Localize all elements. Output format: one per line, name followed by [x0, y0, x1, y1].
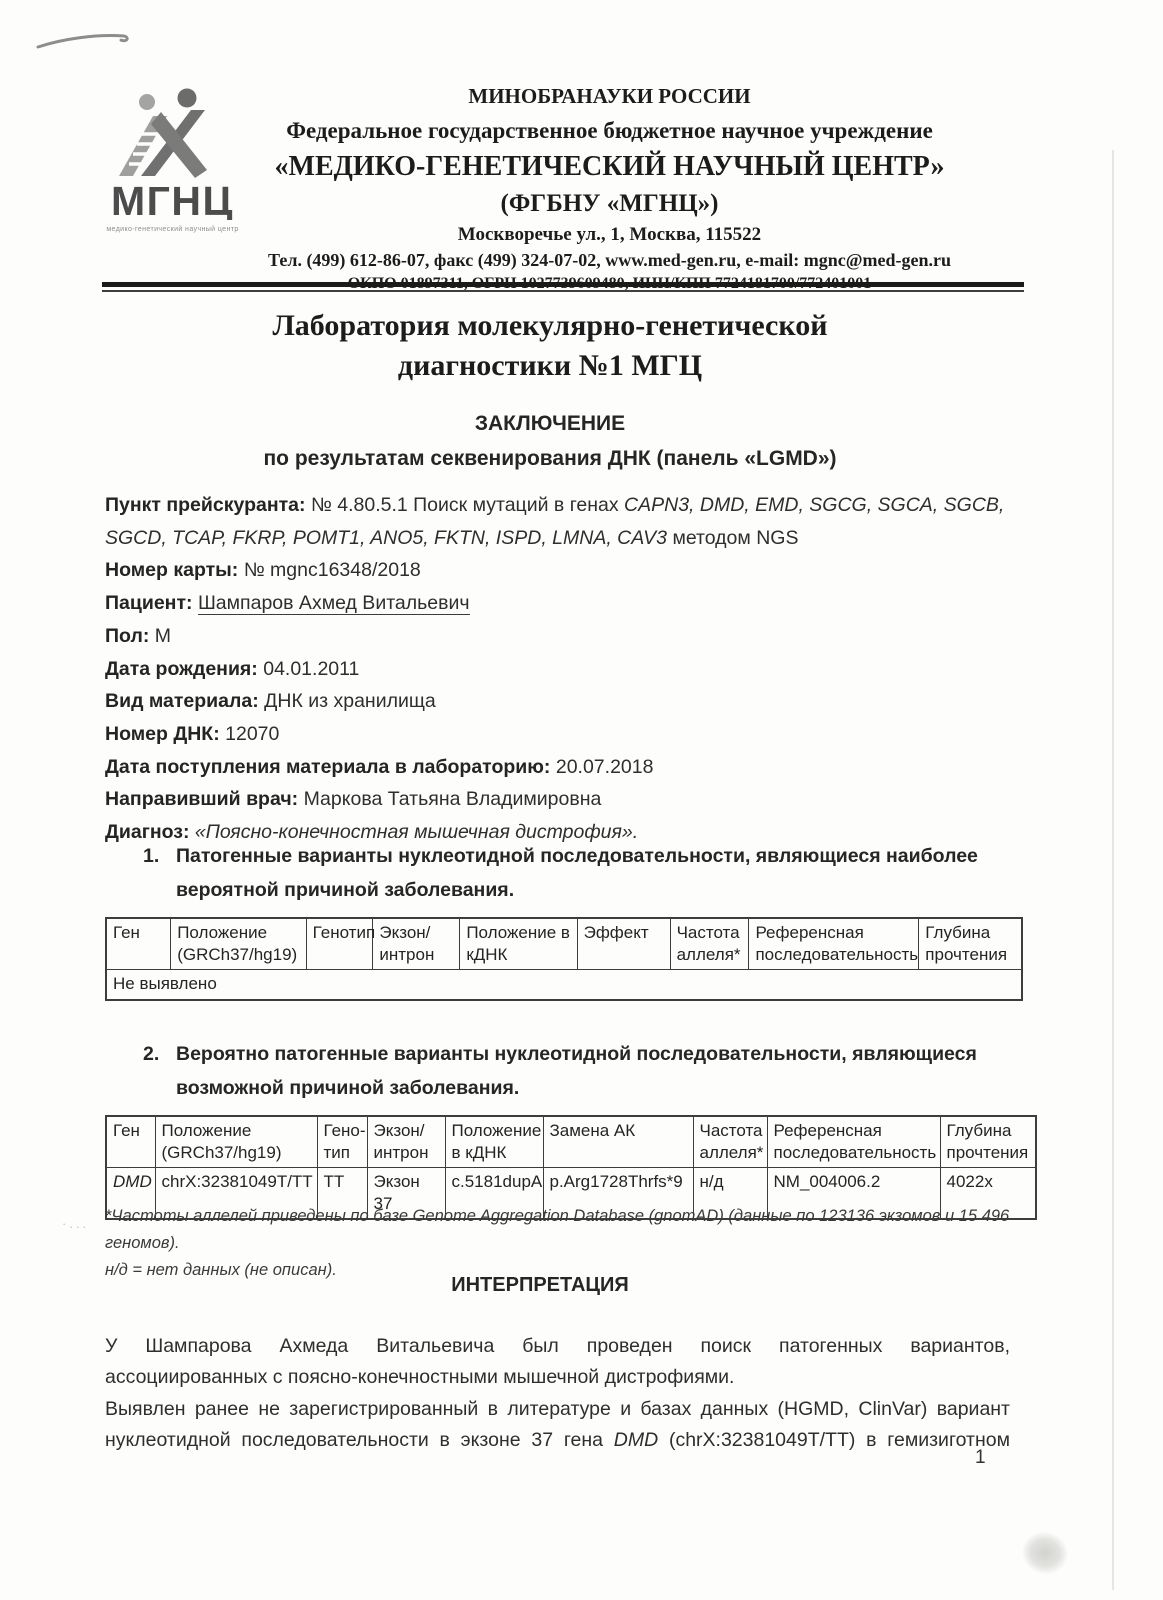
birth-date-row: Дата рождения: 04.01.2011: [105, 653, 1010, 686]
section2-heading-line1: Вероятно патогенные варианты нуклеотидно…: [176, 1038, 1043, 1072]
section1-heading-line1: Патогенные варианты нуклеотидной последо…: [176, 840, 1043, 874]
material-type-row: Вид материала: ДНК из хранилища: [105, 685, 1010, 718]
table2-col-position: Положение (GRCh37/hg19): [155, 1116, 317, 1168]
patient-row: Пациент: Шампаров Ахмед Витальевич: [105, 587, 1010, 620]
org-type-line: Федеральное государственное бюджетное на…: [56, 118, 1163, 144]
table2-col-gene: Ген: [106, 1116, 155, 1168]
table1-empty-cell: Не выявлено: [106, 970, 1022, 1000]
table1-header-row: Ген Положение (GRCh37/hg19) Генотип Экзо…: [106, 918, 1022, 970]
table1-col-genotype: Генотип: [306, 918, 373, 970]
price-item-line1: Пункт прейскуранта: № 4.80.5.1 Поиск мут…: [105, 489, 1010, 522]
received-date-row: Дата поступления материала в лабораторию…: [105, 751, 1010, 784]
price-item-line2: SGCD, TCAP, FKRP, POMT1, ANO5, FKTN, ISP…: [105, 522, 1010, 555]
scan-edge-line: [1112, 150, 1114, 1590]
pathogenic-variants-table: Ген Положение (GRCh37/hg19) Генотип Экзо…: [105, 917, 1023, 1001]
ministry-line: МИНОБРАНАУКИ РОССИИ: [56, 84, 1163, 109]
card-number-row: Номер карты: № mgnc16348/2018: [105, 554, 1010, 587]
table1-col-refseq: Референсная последовательность: [749, 918, 919, 970]
report-heading: ЗАКЛЮЧЕНИЕ по результатам секвенирования…: [105, 412, 995, 471]
patient-name: Шампаров Ахмед Витальевич: [198, 592, 470, 615]
letterhead: МИНОБРАНАУКИ РОССИИ Федеральное государс…: [0, 84, 1163, 293]
table1-col-gene: Ген: [106, 918, 171, 970]
table2-col-depth: Глубина прочтения: [940, 1116, 1036, 1168]
table1-col-freq: Частота аллеля*: [670, 918, 749, 970]
table1-col-position: Положение (GRCh37/hg19): [171, 918, 306, 970]
table2-col-refseq: Референсная последовательность: [767, 1116, 940, 1168]
table1-empty-row: Не выявлено: [106, 970, 1022, 1000]
interp-p1-line2: ассоциированных с поясно-конечностными м…: [105, 1362, 1010, 1393]
table2-col-aa-change: Замена АК: [543, 1116, 693, 1168]
interp-gene-name: DMD: [614, 1429, 658, 1451]
allele-frequency-footnote: *Частоты аллелей приведены по базе Genom…: [105, 1203, 1035, 1284]
table2-col-exon: Экзон/ интрон: [367, 1116, 445, 1168]
org-short-line: (ФГБНУ «МГНЦ»): [56, 190, 1163, 218]
table2-header-row: Ген Положение (GRCh37/hg19) Гено- тип Эк…: [106, 1116, 1036, 1168]
table2-col-genotype: Гено- тип: [317, 1116, 367, 1168]
interpretation-title: ИНТЕРПРЕТАЦИЯ: [105, 1274, 975, 1297]
lab-title-line1: Лаборатория молекулярно-генетической: [105, 306, 995, 346]
interp-p2-line2: нуклеотидной последовательности в экзоне…: [105, 1425, 1010, 1456]
table1-col-cdna: Положение в кДНК: [460, 918, 577, 970]
section2-heading-line2: возможной причиной заболевания.: [176, 1072, 1043, 1106]
report-title: ЗАКЛЮЧЕНИЕ: [105, 412, 995, 436]
dna-number-row: Номер ДНК: 12070: [105, 718, 1010, 751]
interp-p1-line1: У Шампарова Ахмеда Витальевича был прове…: [105, 1331, 1010, 1362]
interpretation-paragraph1: У Шампарова Ахмеда Витальевича был прове…: [105, 1331, 1010, 1393]
report-subtitle: по результатам секвенирования ДНК (панел…: [105, 447, 995, 471]
table2-col-cdna: Положение в кДНК: [445, 1116, 543, 1168]
page-number: 1: [975, 1447, 986, 1469]
smudge-artifact: [1018, 1527, 1073, 1579]
section2-number: 2.: [143, 1038, 159, 1072]
section2-heading: 2. Вероятно патогенные варианты нуклеоти…: [143, 1038, 1043, 1105]
header-rule-echo: [102, 290, 1024, 292]
org-name-line: «МЕДИКО-ГЕНЕТИЧЕСКИЙ НАУЧНЫЙ ЦЕНТР»: [56, 151, 1163, 183]
table1-col-depth: Глубина прочтения: [919, 918, 1022, 970]
sex-row: Пол: М: [105, 620, 1010, 653]
footnote-line1: *Частоты аллелей приведены по базе Genom…: [105, 1203, 1035, 1257]
contacts-line: Тел. (499) 612-86-07, факс (499) 324-07-…: [56, 250, 1163, 271]
interpretation-paragraph2: Выявлен ранее не зарегистрированный в ли…: [105, 1394, 1010, 1456]
speckle-artifact: ·...: [62, 1216, 89, 1231]
table2-col-freq: Частота аллеля*: [693, 1116, 767, 1168]
section1-number: 1.: [143, 840, 159, 874]
interp-p2-line1: Выявлен ранее не зарегистрированный в ли…: [105, 1394, 1010, 1425]
address-line: Москворечье ул., 1, Москва, 115522: [56, 224, 1163, 246]
lab-title: Лаборатория молекулярно-генетической диа…: [105, 306, 995, 386]
table1-col-effect: Эффект: [577, 918, 670, 970]
patient-info-block: Пункт прейскуранта: № 4.80.5.1 Поиск мут…: [105, 489, 1010, 849]
section1-heading-line2: вероятной причиной заболевания.: [176, 874, 1043, 908]
table1-col-exon: Экзон/ интрон: [373, 918, 460, 970]
referring-doctor-row: Направивший врач: Маркова Татьяна Владим…: [105, 783, 1010, 816]
pen-mark-artifact: [34, 28, 140, 58]
header-rule: [102, 282, 1024, 287]
lab-title-line2: диагностики №1 МГЦ: [105, 346, 995, 386]
section1-heading: 1. Патогенные варианты нуклеотидной посл…: [143, 840, 1043, 907]
document-page: ·... МГНЦ медико-генетический научный це…: [0, 0, 1163, 1600]
